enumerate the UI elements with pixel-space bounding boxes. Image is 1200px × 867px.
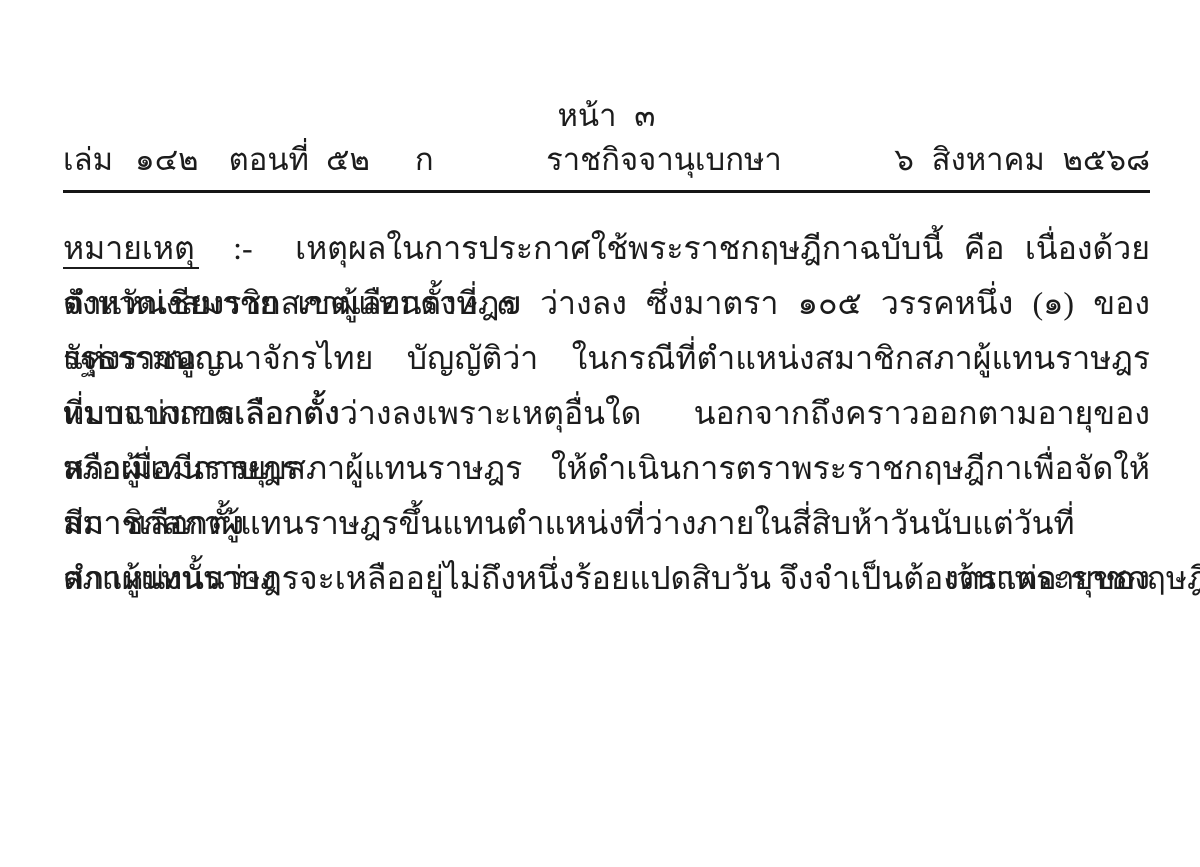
gazette-header-row: เล่ม ๑๔๒ ตอนที่ ๕๒ ก ราชกิจจานุเบกษา ๖ ส…	[63, 139, 1150, 181]
note-label: หมายเหตุ	[63, 230, 199, 269]
note-line-1: หมายเหตุ :- เหตุผลในการประกาศใช้พระราชกฤ…	[63, 221, 1150, 276]
gazette-title: ราชกิจจานุเบกษา	[546, 139, 782, 181]
note-paragraph: หมายเหตุ :- เหตุผลในการประกาศใช้พระราชกฤ…	[63, 221, 1150, 606]
note-line-4: แบบแบ่งเขตเลือกตั้งว่างลงเพราะเหตุอื่นใด…	[63, 386, 1150, 441]
volume-part-section: เล่ม ๑๔๒ ตอนที่ ๕๒ ก	[63, 139, 434, 181]
header-divider-rule	[63, 190, 1150, 193]
note-separator: :-	[233, 230, 253, 266]
page-content: หน้า ๓ เล่ม ๑๔๒ ตอนที่ ๕๒ ก ราชกิจจานุเบ…	[63, 0, 1150, 606]
volume-number: ๑๔๒	[135, 139, 199, 181]
gazette-date: ๖ สิงหาคม ๒๕๖๘	[894, 139, 1150, 181]
part-label: ตอนที่	[229, 139, 309, 181]
note-line-7: สภาผู้แทนราษฎรจะเหลืออยู่ไม่ถึงหนึ่งร้อย…	[63, 551, 1150, 606]
page-number-indicator: หน้า ๓	[63, 96, 1150, 136]
section-letter: ก	[415, 139, 434, 181]
volume-label: เล่ม	[63, 139, 113, 181]
note-line-6: สมาชิกสภาผู้แทนราษฎรขึ้นแทนตำแหน่งที่ว่า…	[63, 496, 1150, 551]
part-number: ๕๒	[326, 139, 370, 181]
note-line-2: จังหวัดเชียงราย เขตเลือกตั้งที่ ๗ ว่างลง…	[63, 276, 1150, 331]
gazette-document-page: หน้า ๓ เล่ม ๑๔๒ ตอนที่ ๕๒ ก ราชกิจจานุเบ…	[0, 0, 1200, 867]
note-line-5: หรือเมื่อมีการยุบสภาผู้แทนราษฎร ให้ดำเนิ…	[63, 441, 1150, 496]
note-line-3: แห่งราชอาณาจักรไทย บัญญัติว่า ในกรณีที่ต…	[63, 331, 1150, 386]
